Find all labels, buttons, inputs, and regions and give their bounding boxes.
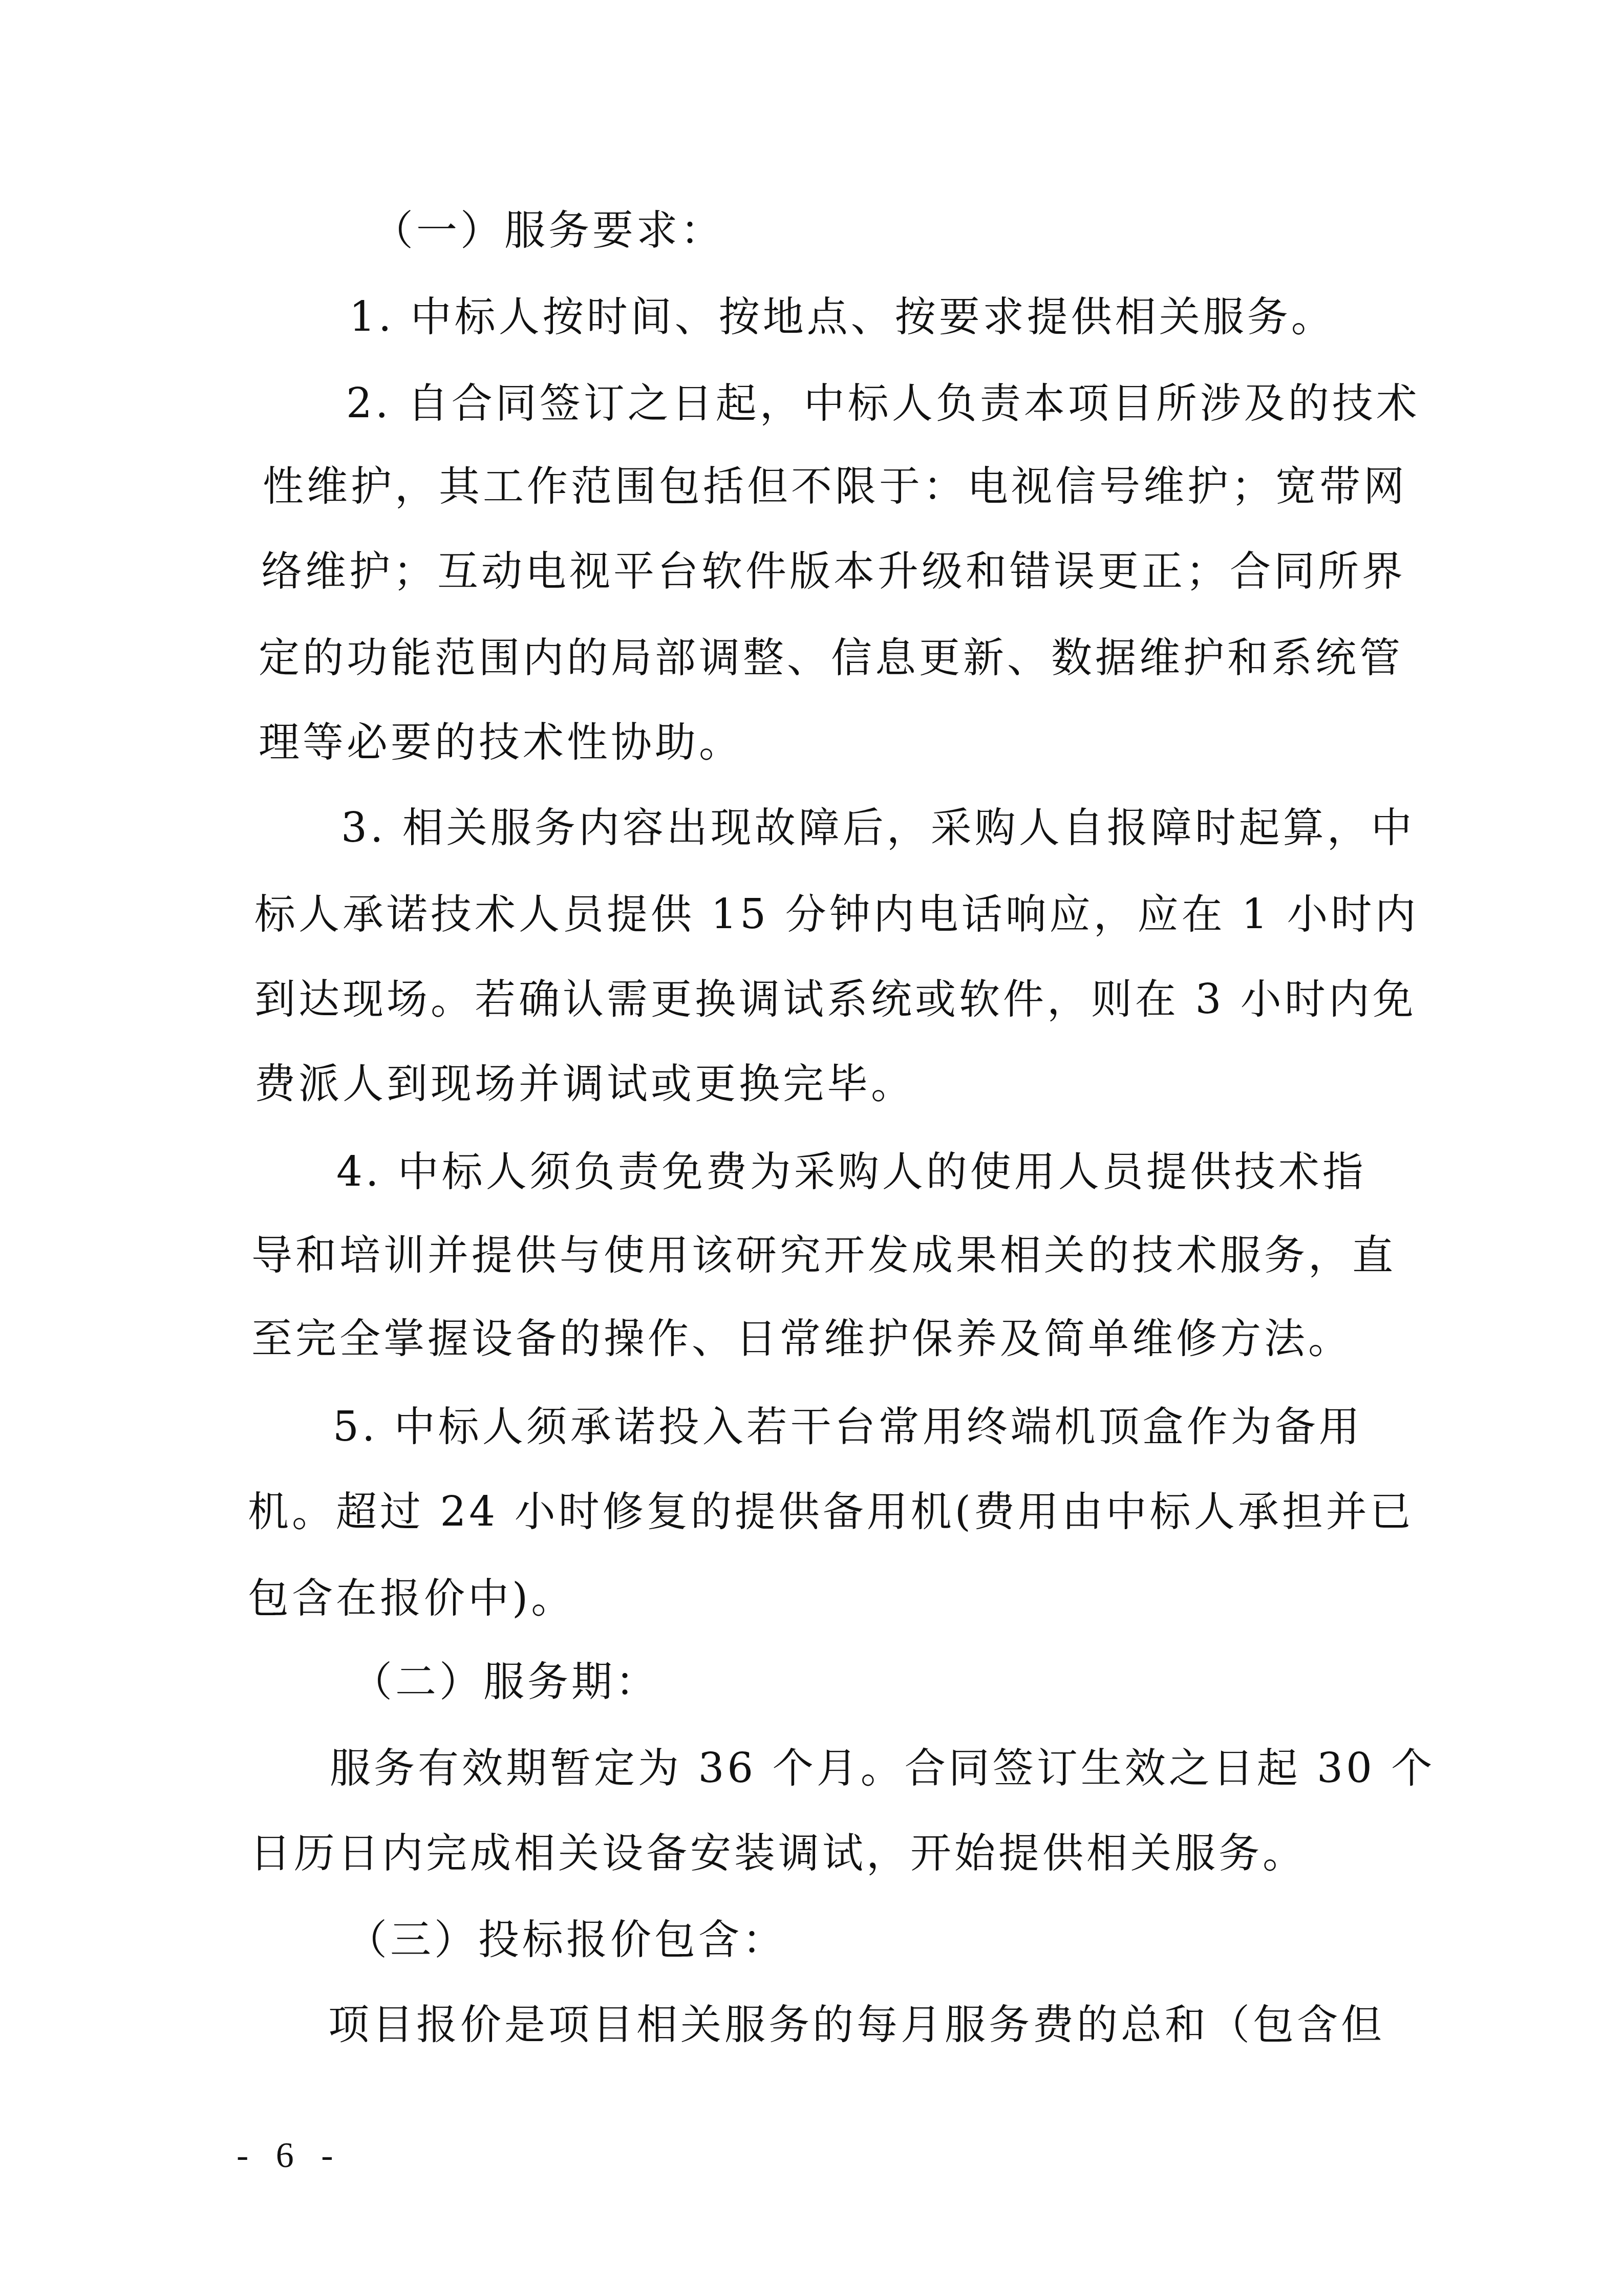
paragraph-line: 标人承诺技术人员提供 15 分钟内电话响应，应在 1 小时内 (254, 889, 1419, 940)
paragraph-line: 到达现场。若确认需更换调试系统或软件，则在 3 小时内免 (254, 974, 1417, 1025)
paragraph-line: 日历日内完成相关设备安装调试，开始提供相关服务。 (250, 1828, 1307, 1879)
paragraph-line: 5. 中标人须承诺投入若干台常用终端机顶盒作为备用 (333, 1401, 1363, 1452)
paragraph-line: 2. 自合同签订之日起，中标人负责本项目所涉及的技术 (346, 378, 1420, 429)
document-page: （一）服务要求： 1. 中标人按时间、按地点、按要求提供相关服务。 2. 自合同… (0, 0, 1624, 2294)
section-heading-service-period: （二）服务期： (351, 1656, 659, 1707)
paragraph-line: 性维护，其工作范围包括但不限于：电视信号维护；宽带网 (263, 461, 1407, 512)
paragraph-line: 服务有效期暂定为 36 个月。合同签订生效之日起 30 个 (330, 1743, 1435, 1794)
paragraph-line: 4. 中标人须负责免费为采购人的使用人员提供技术指 (336, 1146, 1366, 1197)
paragraph-line: 包含在报价中)。 (248, 1573, 575, 1624)
paragraph-line: 1. 中标人按时间、按地点、按要求提供相关服务。 (349, 291, 1335, 342)
paragraph-line: 3. 相关服务内容出现故障后，采购人自报障时起算，中 (341, 802, 1415, 853)
page-number: - 6 - (237, 2133, 343, 2179)
paragraph-line: 导和培训并提供与使用该研究开发成果相关的技术服务，直 (251, 1230, 1396, 1281)
section-heading-service-requirements: （一）服务要求： (372, 205, 724, 256)
paragraph-line: 费派人到现场并调试或更换完毕。 (254, 1058, 915, 1109)
paragraph-line: 定的功能范围内的局部调整、信息更新、数据维护和系统管 (259, 632, 1403, 683)
paragraph-line: 项目报价是项目相关服务的每月服务费的总和（包含但 (328, 1999, 1385, 2050)
section-heading-bid-price-includes: （三）投标报价包含： (346, 1914, 786, 1965)
paragraph-line: 理等必要的技术性协助。 (259, 717, 743, 768)
paragraph-line: 至完全掌握设备的操作、日常维护保养及简单维修方法。 (251, 1313, 1352, 1364)
paragraph-line: 络维护；互动电视平台软件版本升级和错误更正；合同所界 (261, 546, 1406, 597)
paragraph-line: 机。超过 24 小时修复的提供备用机(费用由中标人承担并已 (248, 1486, 1414, 1537)
